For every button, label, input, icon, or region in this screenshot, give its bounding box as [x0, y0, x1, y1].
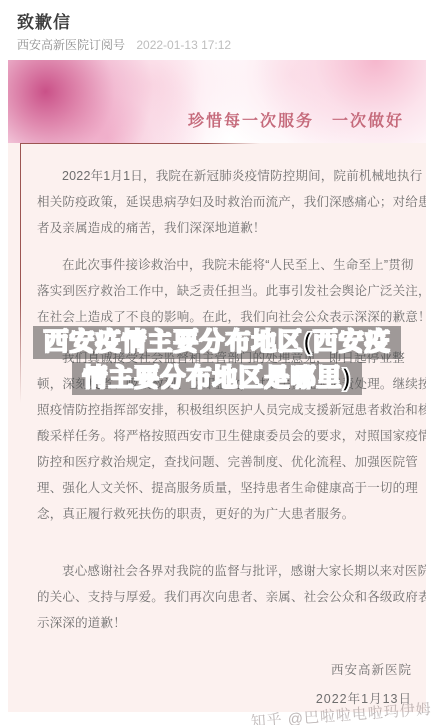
- letter-text-line: 酸采样任务。将严格按照西安市卫生健康委员会的要求，对照国家疫情: [37, 423, 417, 449]
- banner-slogan: 珍惜每一次服务 一次做好: [188, 108, 404, 131]
- byline: 西安高新医院订阅号 2022-01-13 17:12: [17, 36, 231, 53]
- headline-line-1: 西安疫情主要分布地区(西安疫: [33, 326, 400, 359]
- letter-text-line: 示深深的道歉！: [37, 610, 417, 636]
- letter-paragraph-4: 衷心感谢社会各界对我院的监督与批评，感谢大家长期以来对医院 的关心、支持与厚爱。…: [37, 558, 417, 636]
- letter-text-line: 衷心感谢社会各界对我院的监督与批评，感谢大家长期以来对医院: [37, 558, 417, 584]
- publish-timestamp: 2022-01-13 17:12: [136, 38, 231, 52]
- letter-paragraph-1: 2022年1月1日，我院在新冠肺炎疫情防控期间，院前机械地执行 相关防疫政策，延…: [37, 163, 417, 241]
- letter-text-line: 理、强化人文关怀、提高服务质量，坚持患者生命健康高于一切的理: [37, 475, 417, 501]
- letter-text-line: 的关心、支持与厚爱。我们再次向患者、亲属、社会公众和各级政府表: [37, 584, 417, 610]
- letter-text-line: 2022年1月1日，我院在新冠肺炎疫情防控期间，院前机械地执行: [37, 163, 417, 189]
- headline-line-2: 情主要分布地区是哪里): [72, 362, 361, 395]
- floral-banner-image: 珍惜每一次服务 一次做好: [8, 60, 426, 143]
- letter-text-line: 念，真正履行救死扶伤的职责，更好的为广大患者服务。: [37, 501, 417, 527]
- account-name-link[interactable]: 西安高新医院订阅号: [17, 38, 125, 52]
- letter-frame-top-border: [20, 143, 260, 144]
- signature-organization: 西安高新医院: [331, 660, 412, 678]
- superimposed-headline: 西安疫情主要分布地区(西安疫 情主要分布地区是哪里): [0, 326, 434, 398]
- letter-text-line: 在此次事件接诊救治中，我院未能将“人民至上、生命至上”贯彻: [37, 252, 417, 278]
- letter-text-line: 防控和医疗救治规定，查找问题、完善制度、优化流程、加强医院管: [37, 449, 417, 475]
- letter-text-line: 相关防疫政策，延误患病孕妇及时救治而流产，我们深感痛心；对给患: [37, 189, 417, 215]
- letter-text-line: 者及亲属造成的痛苦，我们深深地道歉！: [37, 215, 417, 241]
- letter-paragraph-2: 在此次事件接诊救治中，我院未能将“人民至上、生命至上”贯彻 落实到医疗救治工作中…: [37, 252, 417, 330]
- page-title: 致歉信: [17, 8, 71, 33]
- letter-text-line: 照疫情防控指挥部安排，积极组织医护人员完成支援新冠患者救治和核: [37, 397, 417, 423]
- letter-text-line: 落实到医疗救治工作中，缺乏责任担当。此事引发社会舆论广泛关注，: [37, 278, 417, 304]
- article-page: 致歉信 西安高新医院订阅号 2022-01-13 17:12 珍惜每一次服务 一…: [0, 0, 434, 725]
